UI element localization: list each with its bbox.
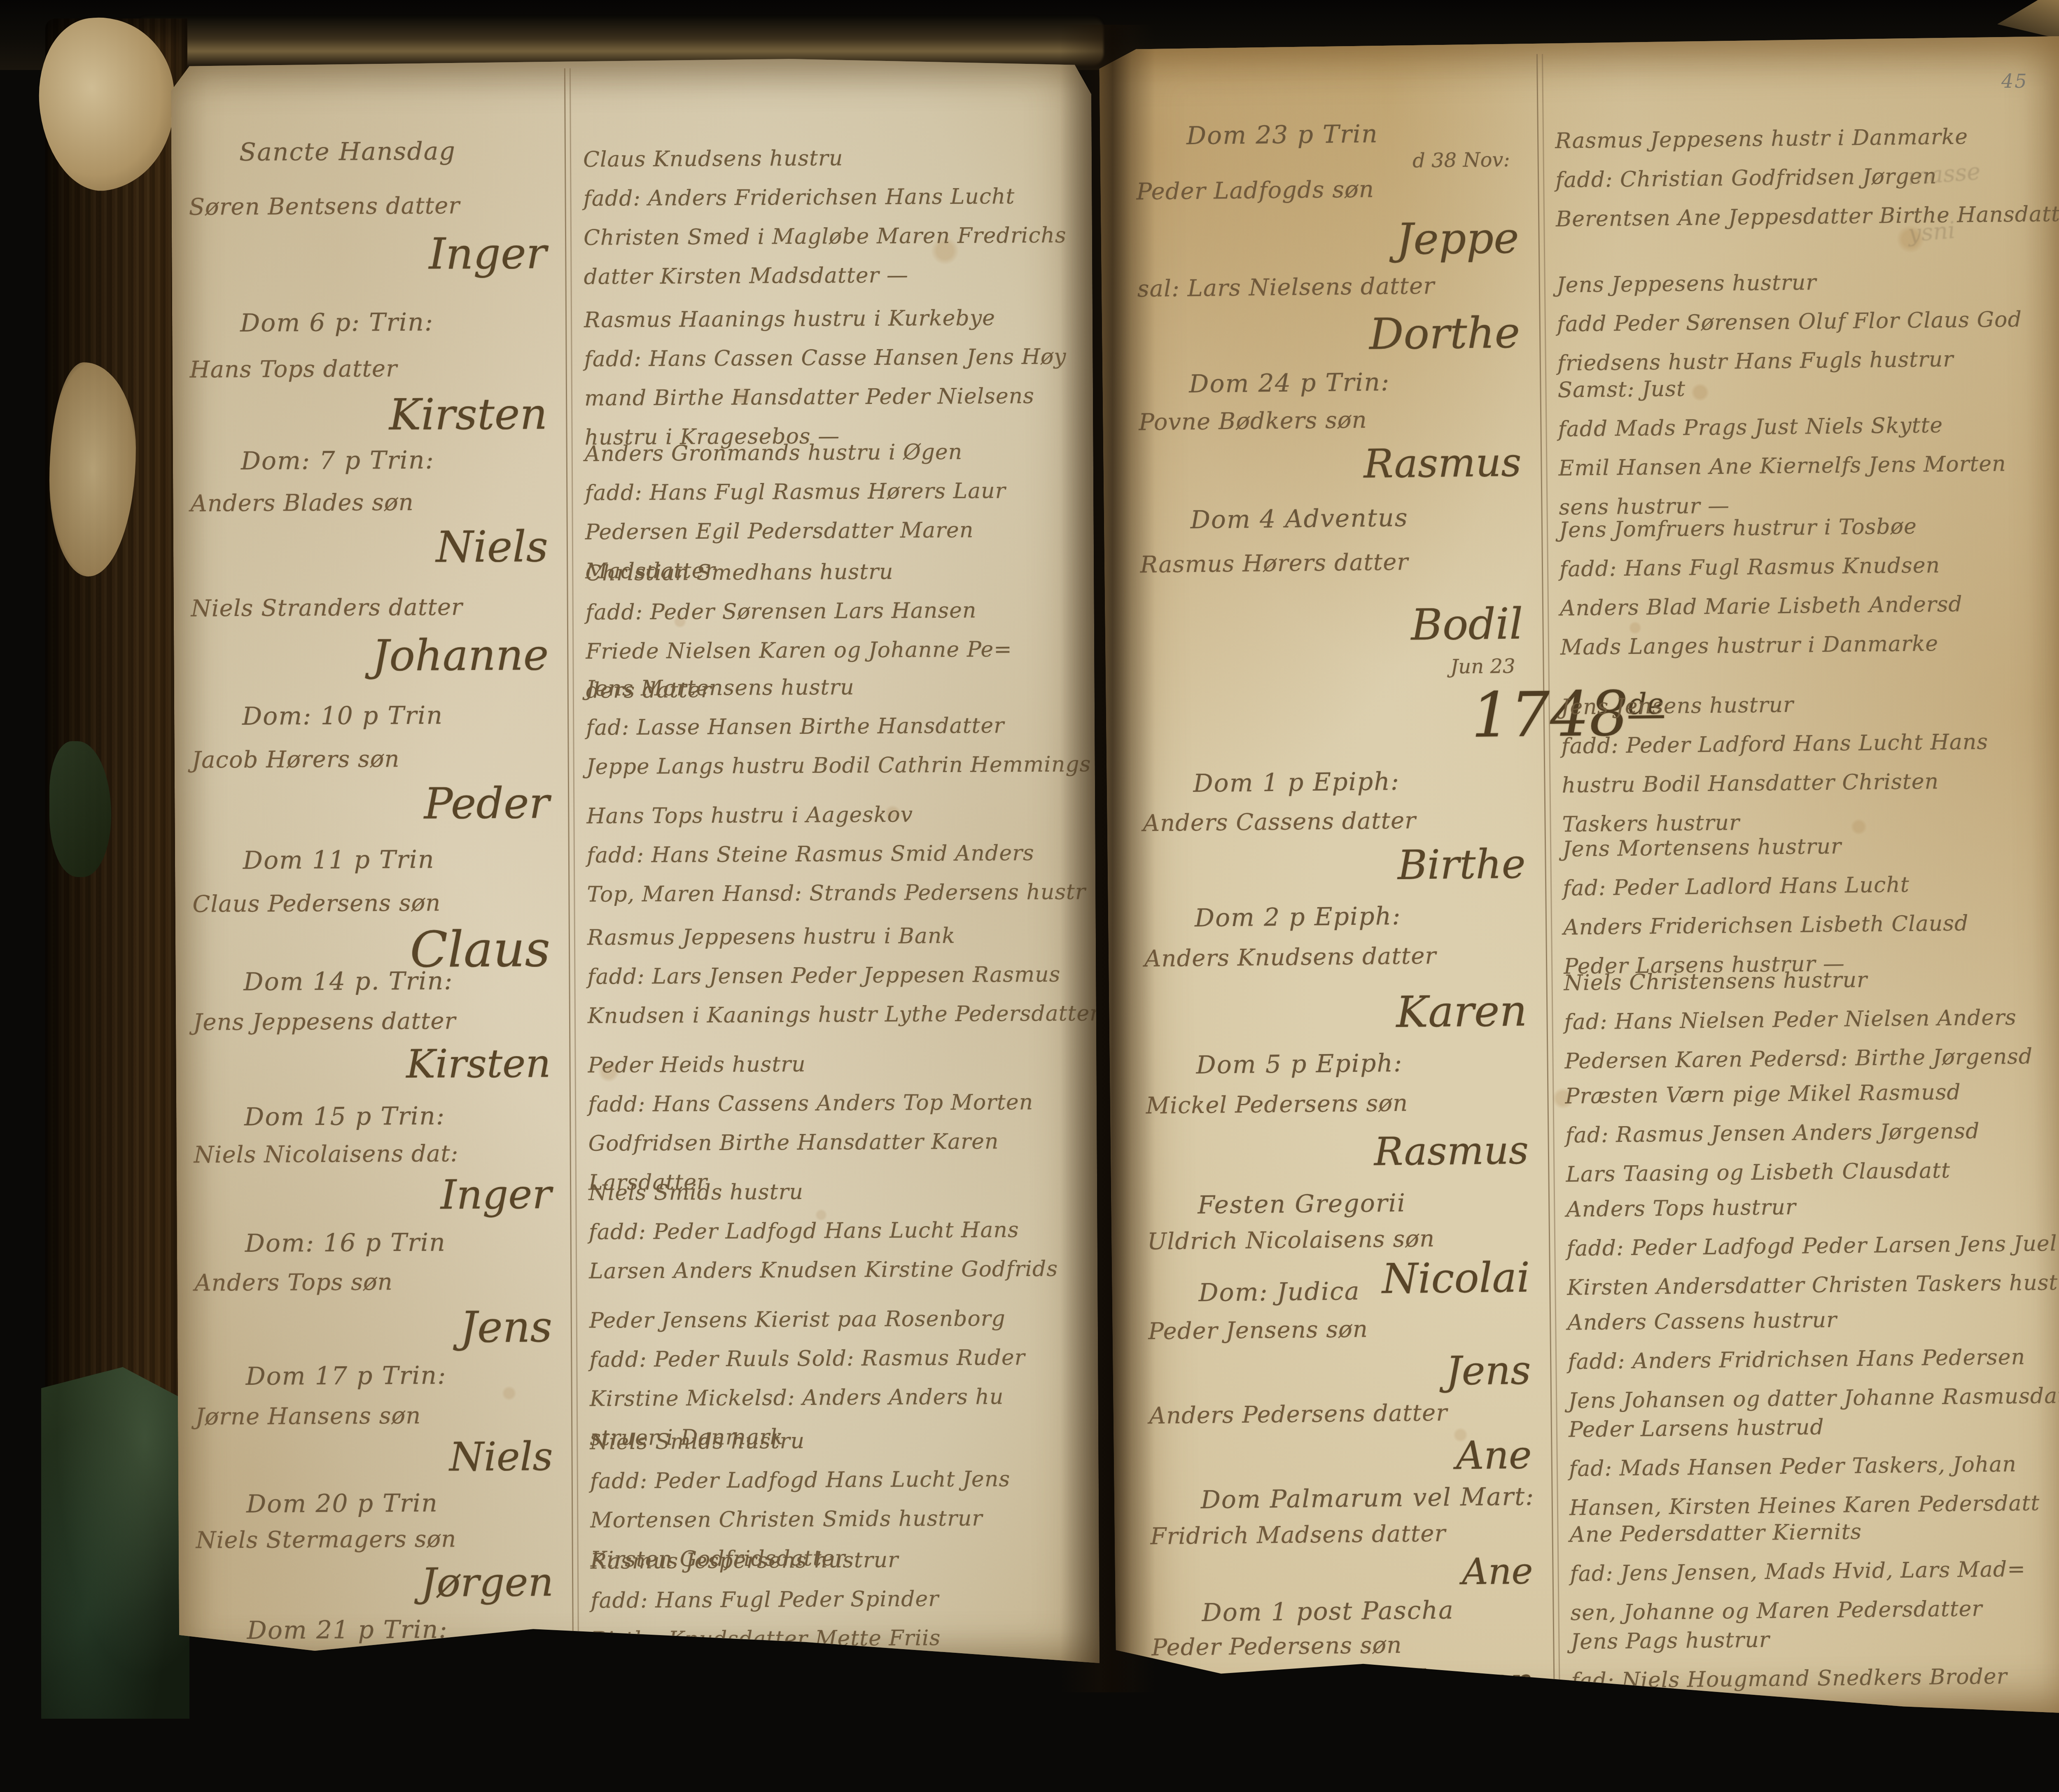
record-line: fadd: Hans Cassens Anders Top Morten (588, 1083, 1082, 1124)
parent-line: Niels Stranders datter (186, 593, 565, 622)
child-name: Dorthe (1132, 307, 1536, 362)
parent-line: Niels Nicolaisens dat: (189, 1140, 568, 1169)
parent-line: Rasmus Hørers datter (1135, 547, 1539, 578)
parent-line: Anders Knudsens datter (1139, 941, 1543, 972)
entry-date-heading: Dom 21 p Trin: (191, 1615, 570, 1645)
baptism-record: Samst: Justfadd Mads Prags Just Niels Sk… (1557, 366, 2059, 527)
parent-line: Anders Cassens datter (1138, 806, 1542, 837)
record-line: fadd: Lars Jensen Peder Jeppesen Rasmus (587, 955, 1081, 996)
record-line: Anders Blad Marie Lisbeth Andersd (1560, 584, 2059, 628)
parent-line: Uldrich Nicolaisens søn (1142, 1224, 1546, 1255)
parent-line: Anders Pedersens datter (1144, 1398, 1548, 1429)
record-line: Hans Tops hustru i Aageskov (586, 794, 1081, 836)
baptism-record: Rasmus Jespersens hustrurfadd: Hans Fugl… (591, 1540, 1086, 1699)
record-line: Rasmus Jeppesens hustr i Danmarke (1555, 117, 2059, 161)
baptism-record: Jens Mortensens hustrufad: Lasse Hansen … (586, 667, 1081, 786)
record-line: fadd: Peder Sørensen Lars Hansen (586, 590, 1080, 632)
parent-line: Peder Jensens søn (1143, 1314, 1547, 1345)
entry-date-heading: Dom 2 p Pascha (1147, 1698, 1551, 1719)
entry-date-heading: Dom: 10 p Trin (187, 700, 565, 731)
baptism-record: Rasmus Jeppesens hustru i Bankfadd: Lars… (587, 916, 1082, 1036)
parent-line: Søren Bentsens datter (184, 192, 563, 221)
record-line: fadd: Anders Fridrichsen Hans Pedersen (1568, 1337, 2059, 1382)
child-name: Jørgen (1147, 1660, 1551, 1707)
record-line: Emil Hansen Ane Kiernelfs Jens Morten (1558, 444, 2059, 488)
record-line: Jeppe Langs hustru Bodil Cathrin Hemming… (586, 745, 1081, 786)
parent-line: Fridrich Madsens datter (1145, 1519, 1549, 1550)
record-line: fad: Jens Jensen, Mads Hvid, Lars Mad= (1570, 1549, 2059, 1594)
record-line: Niels Smids hustru (588, 1171, 1083, 1213)
record-line: fad: Mads Hansen Peder Taskers, Johan (1569, 1444, 2059, 1489)
entry-date-heading: Dom 4 Adventus (1135, 502, 1538, 535)
baptism-record: Anders Cassens hustrurfadd: Anders Fridr… (1567, 1298, 2059, 1421)
record-line: fadd: Hans Fugl Rasmus Hørers Laur (585, 471, 1079, 513)
entry-date-heading: Dom 23 p Trin (1131, 118, 1535, 151)
left-page-margin-column: Sancte HansdagSøren Bentsens datterInger… (183, 60, 570, 1668)
child-name: Ane (1144, 1433, 1548, 1482)
folio-number: 45 (2001, 70, 2028, 92)
child-name: Jens (1144, 1347, 1548, 1397)
child-name: Ane (1146, 1549, 1550, 1596)
record-line: Maren Madsdatter (591, 1657, 1085, 1699)
record-line: Mortensen Christen Smids hustrur (590, 1498, 1084, 1540)
baptism-record: Peder Larsens hustrudfad: Mads Hansen Pe… (1568, 1405, 2059, 1528)
record-line: Anders Gronmands hustru i Øgen (585, 432, 1079, 474)
child-name: Inger (189, 1171, 568, 1220)
bleed-through-text: ysni (1907, 217, 1956, 247)
child-name: Peder (187, 778, 566, 830)
record-line: Jens Jeppesens hustrur (1556, 261, 2059, 305)
child-name: Kirsten (185, 389, 564, 441)
child-name: Jørgen (191, 1559, 570, 1607)
manuscript-photo: Sancte HansdagSøren Bentsens datterInger… (0, 0, 2059, 1719)
record-line: Niels Mortensen Peder Fugls datter (1571, 1696, 2059, 1719)
record-line: fadd: Hans Cassen Casse Hansen Jens Høy (584, 337, 1078, 379)
child-name: Bodil (1136, 598, 1540, 653)
right-page-margin-column: Dom 23 p Trind 38 Nov:Peder Ladfogds søn… (1130, 42, 1551, 1719)
child-name: Rasmus (1134, 439, 1538, 489)
record-line: Jens Pags hustrur (1571, 1617, 2059, 1662)
record-line: hustru Bodil Hansdatter Christen (1562, 761, 2059, 805)
entry-date-heading: Dom 11 p Trin (187, 845, 566, 875)
record-line: fadd: Anders Friderichsen Hans Lucht (583, 177, 1077, 218)
record-line: datter Kirsten Madsdatter — (584, 255, 1078, 296)
margin-note: d 38 Nov: (1131, 148, 1535, 175)
record-line: Niels Smids hustru (590, 1420, 1084, 1462)
child-name: Niels (186, 521, 565, 574)
entry-date-heading: Dom 1 p Epiph: (1137, 765, 1541, 798)
parent-line: Niels Stermagers søn (191, 1525, 570, 1554)
record-line: fad: Peder Ladlord Hans Lucht (1563, 864, 2059, 908)
entry-date-heading: Dom: Judica (1143, 1275, 1547, 1308)
child-name: Kirsten (188, 1041, 567, 1088)
record-line: Rasmus Jespersens hustrur (591, 1540, 1085, 1581)
baptism-record: Jens Jeppesens hustrurfadd Peder Sørense… (1556, 261, 2059, 383)
entry-date-heading: Dom 14 p. Trin: (188, 966, 567, 997)
parent-line: Jacob Hørers søn (187, 745, 566, 774)
book-top-spine-edge (136, 16, 1104, 66)
record-line: Peder Jensens Kierist paa Rosenborg (589, 1299, 1083, 1340)
entry-date-heading: Dom 5 p Epiph: (1140, 1047, 1544, 1080)
record-line: Jens Mortensens hustrur (1562, 825, 2059, 869)
record-line: fadd: Hans Steine Rasmus Smid Anders (587, 833, 1081, 875)
record-line: Jens Mortensens hustru (586, 667, 1080, 708)
record-line: fad: Rasmus Jensen Anders Jørgensd (1565, 1111, 2059, 1155)
record-line: Friede Nielsen Karen og Johanne Pe= (586, 630, 1080, 671)
record-line: Christian Smedhans hustru (585, 551, 1079, 593)
entry-date-heading: Dom 24 p Trin: (1133, 366, 1537, 399)
baptism-record: Jens Jomfruers hustrur i Tosbøefadd: Han… (1559, 506, 2059, 667)
entry-date-heading: Dom 17 p Trin: (190, 1360, 569, 1391)
record-line: Jens Jensens hustrur (1561, 683, 2059, 727)
record-line: fadd Peder Sørensen Oluf Flor Claus God (1557, 300, 2059, 344)
child-name: Johanne (186, 630, 565, 682)
record-line: Ane Pedersdatter Kiernits (1569, 1510, 2059, 1555)
parent-line: Hans Tops datter (185, 355, 564, 383)
entry-date-heading: Dom: 7 p Trin: (185, 445, 564, 476)
child-name: Rasmus (1141, 1128, 1545, 1177)
parent-line: sal: Lars Nielsens datter (1132, 271, 1536, 302)
record-line: Anders Tops hustrur (1566, 1185, 2059, 1230)
parent-line: Jørne Hansens søn (190, 1402, 569, 1430)
parent-line: Mickel Pedersens søn (1141, 1088, 1545, 1119)
baptism-record: Præsten Værn pige Mikel Rasmusdfad: Rasm… (1565, 1072, 2059, 1195)
record-line: fadd: Hans Fugl Rasmus Knudsen (1559, 545, 2059, 589)
record-line: Pedersen Egil Pedersdatter Maren (585, 510, 1079, 552)
parent-line: Peder Pedersens søn (1146, 1630, 1550, 1661)
record-line: fadd: Peder Ladfogd Hans Lucht Jens (590, 1459, 1084, 1501)
record-line: Birthe Knudsdatter Mette Friis (591, 1618, 1085, 1659)
record-line: fad: Lasse Hansen Birthe Hansdatter (586, 706, 1080, 747)
record-line: Kirstine Mickelsd: Anders Anders hu (590, 1377, 1084, 1419)
record-line: Samst: Just (1557, 366, 2059, 410)
parent-line: Povne Bødkers søn (1134, 405, 1538, 436)
entry-date-heading: Dom 2 p Epiph: (1139, 900, 1543, 933)
child-name: Jeppe (1132, 212, 1536, 267)
record-line: Peder Larsens hustrud (1568, 1405, 2059, 1450)
record-line: fadd: Peder Ladford Hans Lucht Hans (1561, 722, 2059, 766)
record-line: Christen Smed i Magløbe Maren Fredrichs (584, 216, 1078, 257)
baptism-record: Niels Smids hustrufadd: Peder Ladfogd Ha… (588, 1171, 1083, 1291)
baptism-record: Hans Tops hustru i Aageskovfadd: Hans St… (586, 794, 1081, 914)
parent-line: Hans Jeppesens søn (191, 1653, 570, 1682)
record-line: fadd: Peder Ladfogd Hans Lucht Hans (588, 1210, 1083, 1252)
parent-line: Jens Jeppesens datter (188, 1007, 567, 1036)
baptism-record: Jens Pags hustrurfad: Niels Hougmand Sne… (1571, 1617, 2059, 1719)
baptism-record: Jens Jensens hustrurfadd: Peder Ladford … (1561, 683, 2059, 845)
record-line: Rasmus Haanings hustru i Kurkebye (584, 298, 1078, 340)
entry-date-heading: Dom 20 p Trin (191, 1488, 570, 1519)
entry-date-heading: Dom 1 post Pascha (1146, 1595, 1550, 1628)
left-cover-marbled (41, 1367, 189, 1719)
margin-note: Jun 23 (1136, 654, 1540, 681)
record-line: Anders Cassens hustrur (1567, 1298, 2059, 1343)
record-line: fad: Niels Hougmand Snedkers Broder (1571, 1657, 2059, 1701)
entry-date-heading: Dom 15 p Trin: (189, 1101, 567, 1132)
child-name: Jens (190, 1302, 569, 1354)
record-line: Top, Maren Hansd: Strands Pedersens hust… (587, 873, 1081, 914)
parent-line: Anders Tops søn (189, 1268, 568, 1297)
record-line: fadd: Peder Ladfogd Peder Larsen Jens Ju… (1566, 1224, 2059, 1269)
record-line: fadd Mads Prags Just Niels Skytte (1558, 405, 2059, 449)
parent-line: Claus Pedersens søn (187, 889, 566, 918)
entry-date-heading: Dom Palmarum vel Mart: (1145, 1482, 1549, 1515)
record-line: Rasmus Jeppesens hustru i Bank (587, 916, 1081, 957)
baptism-record: Niels Christensens hustrurfad: Hans Niel… (1564, 959, 2059, 1081)
parent-line: Peder Ladfogds søn (1131, 174, 1535, 205)
baptism-record: Rasmus Jeppesens hustr i Danmarkefadd: C… (1555, 117, 2059, 239)
baptism-record: Anders Tops hustrurfadd: Peder Ladfogd P… (1566, 1185, 2059, 1308)
record-line: Anders Friderichsen Lisbeth Clausd (1563, 903, 2059, 947)
record-line: Mads Langes hustrur i Danmarke (1560, 623, 2059, 667)
child-name: Karen (1140, 985, 1544, 1040)
left-page: Sancte HansdagSøren Bentsens datterInger… (171, 57, 1100, 1668)
entry-date-heading: Sancte Hansdag (184, 136, 563, 167)
right-page-records-column: Rasmus Jeppesens hustr i Danmarkefadd: C… (1554, 36, 2059, 1719)
record-line: Præsten Værn pige Mikel Rasmusd (1565, 1072, 2059, 1116)
entry-date-heading: Dom: 16 p Trin (189, 1227, 568, 1258)
record-line: Niels Christensens hustrur (1564, 959, 2059, 1003)
record-line: Peder Heids hustru (588, 1043, 1082, 1085)
child-name: Niels (190, 1433, 570, 1482)
record-line: fadd: Hans Fugl Peder Spinder (591, 1579, 1085, 1620)
entry-date-heading: Festen Gregorii (1142, 1187, 1546, 1220)
record-line: Knudsen i Kaanings hustr Lythe Pedersdat… (588, 994, 1082, 1036)
record-line: mand Birthe Hansdatter Peder Nielsens (584, 376, 1079, 418)
entry-date-heading: Dom 6 p: Trin: (184, 307, 563, 338)
record-line: Claus Knudsens hustru (583, 138, 1077, 179)
record-line: Berentsen Ane Jeppesdatter Birthe Hansda… (1556, 195, 2059, 239)
left-page-records-column: Claus Knudsens hustrufadd: Anders Frider… (583, 57, 1085, 1666)
baptism-record: Ane Pedersdatter Kiernitsfad: Jens Jense… (1569, 1510, 2059, 1633)
child-name: Rasmus (191, 1685, 571, 1719)
record-line: fadd: Peder Ruuls Sold: Rasmus Ruder (589, 1338, 1083, 1379)
parent-line: Anders Blades søn (185, 488, 564, 517)
right-page: Dom 23 p Trind 38 Nov:Peder Ladfogds søn… (1099, 36, 2059, 1719)
record-line: Godfridsen Birthe Hansdatter Karen (588, 1122, 1082, 1163)
record-line: fadd: Christian Godfridsen Jørgen (1555, 156, 2059, 200)
record-line: fad: Hans Nielsen Peder Nielsen Anders (1564, 998, 2059, 1042)
record-line: Jens Jomfruers hustrur i Tosbøe (1559, 506, 2059, 550)
baptism-record: Claus Knudsens hustrufadd: Anders Frider… (583, 138, 1078, 296)
child-name: Inger (184, 228, 563, 280)
child-name: Birthe (1138, 840, 1542, 891)
record-line: Larsen Anders Knudsen Kirstine Godfrids (589, 1249, 1083, 1291)
